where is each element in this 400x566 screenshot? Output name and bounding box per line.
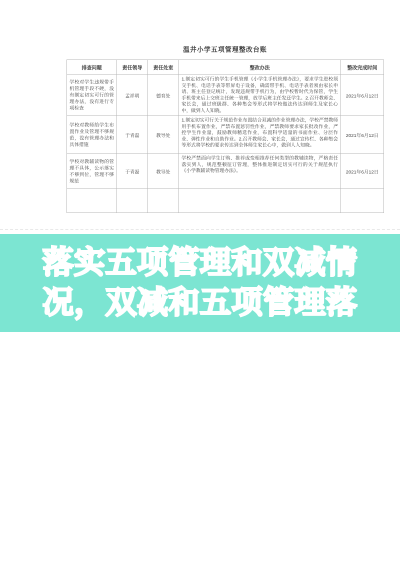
leader-cell: 孟祥明 — [117, 75, 148, 116]
table-row: 学校对学生违规带手机管理手段不硬，没有制定切实可行的管理办法，没有进行专项检查 … — [67, 75, 384, 116]
header-leader: 责任领导 — [117, 60, 148, 75]
problem-cell: 学校对教辅读物的管理不具体，公示落实不够到位，管理不够规范 — [67, 154, 117, 189]
ledger-document: 温井小学五项管理整改台账 排查问题 责任领导 责任处室 整改办法 整改完成时间 — [0, 44, 400, 213]
headline-line-1: 落实五项管理和双减情 — [0, 243, 400, 283]
header-measures: 整改办法 — [179, 60, 341, 75]
leader-cell: 于青磊 — [117, 154, 148, 189]
dashed-separator-line — [0, 229, 400, 230]
problem-cell: 学校对教师给学生布置作业及管理不够规范，没有管理办法和具体措施 — [67, 116, 117, 154]
deadline-cell: 2021年6月12日 — [341, 116, 384, 154]
headline-line-2: 况，双减和五项管理落 — [0, 283, 400, 323]
problem-cell — [67, 189, 117, 213]
measures-cell: 1.制定切实可行关于规范作业布置结合双减的作业管理办法，学校严禁教师用手机布置作… — [179, 116, 341, 154]
office-cell: 教导处 — [148, 154, 179, 189]
office-cell: 教导处 — [148, 116, 179, 154]
headline-banner: 落实五项管理和双减情 况，双减和五项管理落 — [0, 234, 400, 332]
measures-cell — [179, 189, 341, 213]
deadline-cell — [341, 189, 384, 213]
table-row: 学校对教师给学生布置作业及管理不够规范，没有管理办法和具体措施 于青磊 教导处 … — [67, 116, 384, 154]
leader-cell — [117, 189, 148, 213]
measures-cell: 学校严禁面向学生订购、推荐或变相推荐任何类型的教辅读物，严格责任落实到人，规范整… — [179, 154, 341, 189]
rectification-ledger-table: 排查问题 责任领导 责任处室 整改办法 整改完成时间 学校对学生违规带手机管理手… — [67, 60, 385, 214]
leader-cell: 于青磊 — [117, 116, 148, 154]
header-problem: 排查问题 — [67, 60, 117, 75]
header-deadline: 整改完成时间 — [341, 60, 384, 75]
deadline-cell: 2021年6月12日 — [341, 75, 384, 116]
problem-cell: 学校对学生违规带手机管理手段不硬，没有制定切实可行的管理办法，没有进行专项检查 — [67, 75, 117, 116]
office-cell — [148, 189, 179, 213]
deadline-cell: 2021年6月12日 — [341, 154, 384, 189]
measures-cell: 1.制定切实可行的学生手机管理《小学生手机管理办法》，要求学生进校须交手机、电话… — [179, 75, 341, 116]
office-cell: 德育处 — [148, 75, 179, 116]
document-title: 温井小学五项管理整改台账 — [67, 44, 384, 54]
table-header-row: 排查问题 责任领导 责任处室 整改办法 整改完成时间 — [67, 60, 384, 75]
headline-text: 落实五项管理和双减情 况，双减和五项管理落 — [0, 234, 400, 323]
header-office: 责任处室 — [148, 60, 179, 75]
table-row: 学校对教辅读物的管理不具体，公示落实不够到位，管理不够规范 于青磊 教导处 学校… — [67, 154, 384, 189]
table-row-empty — [67, 189, 384, 213]
